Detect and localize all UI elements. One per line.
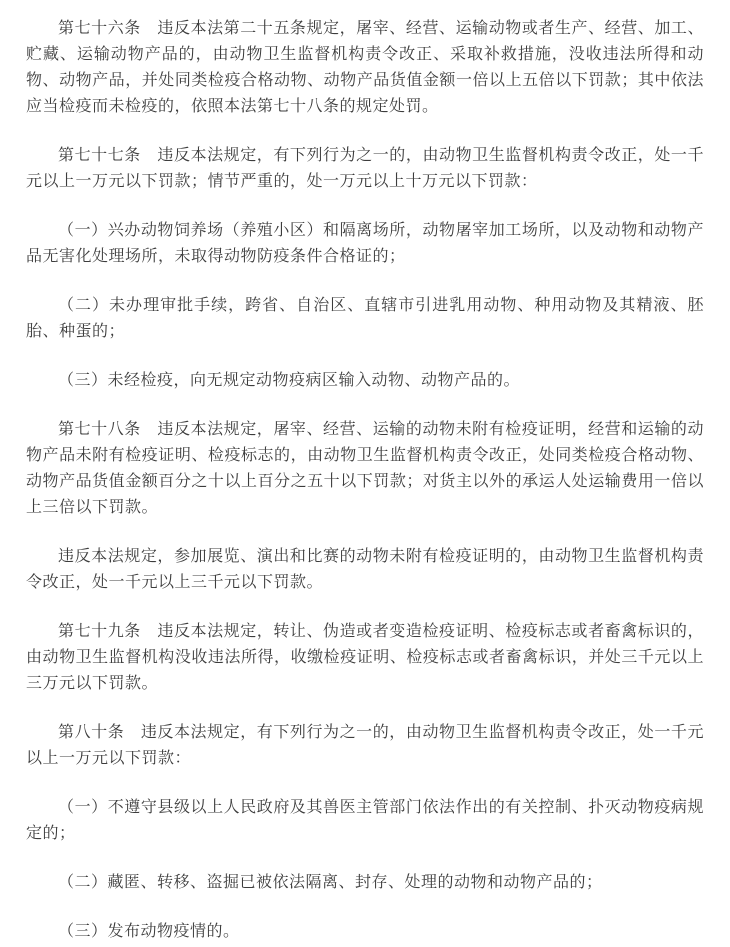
article-79-paragraph: 第七十九条 违反本法规定，转让、伪造或者变造检疫证明、检疫标志或者畜禽标识的，由… — [26, 619, 704, 697]
law-document-page: 第七十六条 违反本法第二十五条规定，屠宰、经营、运输动物或者生产、经营、加工、贮… — [0, 0, 730, 947]
article-77-item-3: （三）未经检疫，向无规定动物疫病区输入动物、动物产品的。 — [26, 368, 704, 394]
article-80-item-2: （二）藏匿、转移、盗掘已被依法隔离、封存、处理的动物和动物产品的； — [26, 870, 704, 896]
article-80-item-3: （三）发布动物疫情的。 — [26, 919, 704, 945]
article-80-intro: 第八十条 违反本法规定，有下列行为之一的，由动物卫生监督机构责令改正，处一千元以… — [26, 720, 704, 772]
article-78-paragraph-1: 第七十八条 违反本法规定，屠宰、经营、运输的动物未附有检疫证明，经营和运输的动物… — [26, 417, 704, 521]
article-76-paragraph: 第七十六条 违反本法第二十五条规定，屠宰、经营、运输动物或者生产、经营、加工、贮… — [26, 16, 704, 120]
article-80-item-1: （一）不遵守县级以上人民政府及其兽医主管部门依法作出的有关控制、扑灭动物疫病规定… — [26, 795, 704, 847]
article-77-intro: 第七十七条 违反本法规定，有下列行为之一的，由动物卫生监督机构责令改正，处一千元… — [26, 143, 704, 195]
article-77-item-1: （一）兴办动物饲养场（养殖小区）和隔离场所，动物屠宰加工场所，以及动物和动物产品… — [26, 218, 704, 270]
article-77-item-2: （二）未办理审批手续，跨省、自治区、直辖市引进乳用动物、种用动物及其精液、胚胎、… — [26, 293, 704, 345]
article-78-paragraph-2: 违反本法规定，参加展览、演出和比赛的动物未附有检疫证明的，由动物卫生监督机构责令… — [26, 544, 704, 596]
